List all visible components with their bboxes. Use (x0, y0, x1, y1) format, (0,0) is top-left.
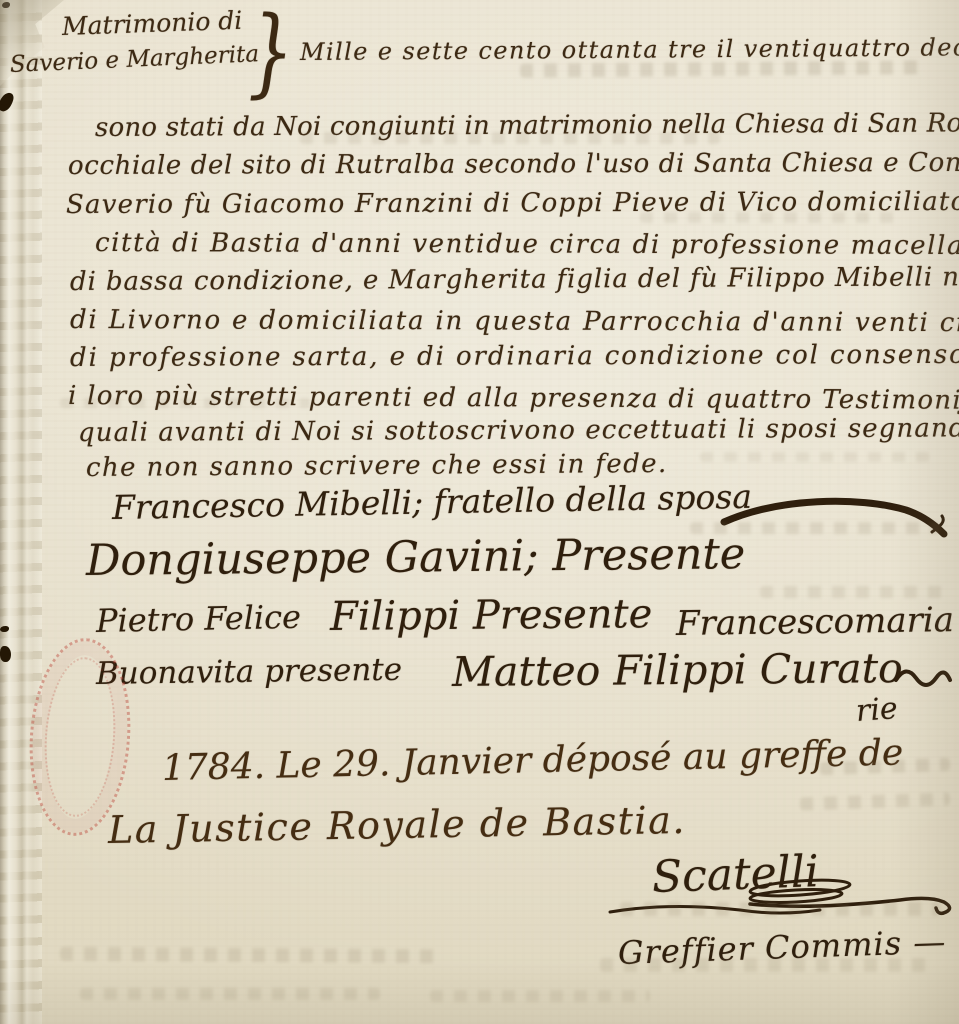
bleed-through-mark (700, 452, 930, 462)
signature-witness2: Dongiuseppe Gavini; Presente (86, 529, 746, 586)
french-note-line1: 1784. Le 29. Janvier déposé au greffe de (162, 732, 904, 789)
signature-witness3c: Francescomaria (676, 600, 955, 644)
record-line: città di Bastia d'anni ventidue circa di… (95, 228, 959, 261)
priest-flourish (892, 658, 952, 704)
record-line: di bassa condizione, e Margherita figlia… (70, 262, 959, 297)
signature-priest-tail: rie (855, 691, 899, 729)
record-line: quali avanti di Noi si sottoscrivono ecc… (78, 413, 959, 448)
bleed-through-mark (60, 947, 440, 964)
torn-left-edge (0, 0, 42, 1024)
signature-witness4: Buonavita presente (96, 652, 403, 692)
bleed-through-mark (300, 132, 720, 144)
bleed-through-mark (520, 60, 920, 77)
margin-note-line2: Saverio e Margherita (9, 41, 259, 78)
signature-witness3b: Filippi Presente (330, 591, 653, 640)
bleed-through-mark (620, 902, 940, 916)
bleed-through-mark (60, 398, 310, 408)
signature-witness3a: Pietro Felice (96, 598, 302, 640)
bleed-through-mark (760, 586, 945, 598)
red-oval-stamp-inner (40, 655, 121, 819)
record-line: di Livorno e domiciliata in questa Parro… (70, 305, 959, 338)
signature-witness1: Francesco Mibelli; fratello della sposa (112, 477, 753, 527)
record-line: occhiale del sito di Rutralba secondo l'… (68, 147, 959, 181)
bleed-through-mark (80, 988, 380, 1000)
bleed-through-mark (430, 990, 650, 1002)
record-line: di professione sarta, e di ordinaria con… (70, 340, 959, 373)
document-scan: Matrimonio di Saverio e Margherita } Mil… (0, 0, 959, 1024)
signature-priest: Matteo Filippi Curato (452, 644, 903, 696)
record-line: che non sanno scrivere che essi in fede. (86, 449, 668, 483)
ink-blot (0, 646, 11, 662)
bleed-through-mark (690, 522, 940, 534)
bleed-through-mark (800, 792, 950, 810)
bleed-through-mark (640, 212, 900, 223)
margin-brace: } (248, 0, 294, 108)
french-note-line2: La Justice Royale de Bastia. (108, 798, 687, 852)
margin-note-line1: Matrimonio di (61, 6, 242, 41)
bleed-through-mark (600, 958, 930, 972)
